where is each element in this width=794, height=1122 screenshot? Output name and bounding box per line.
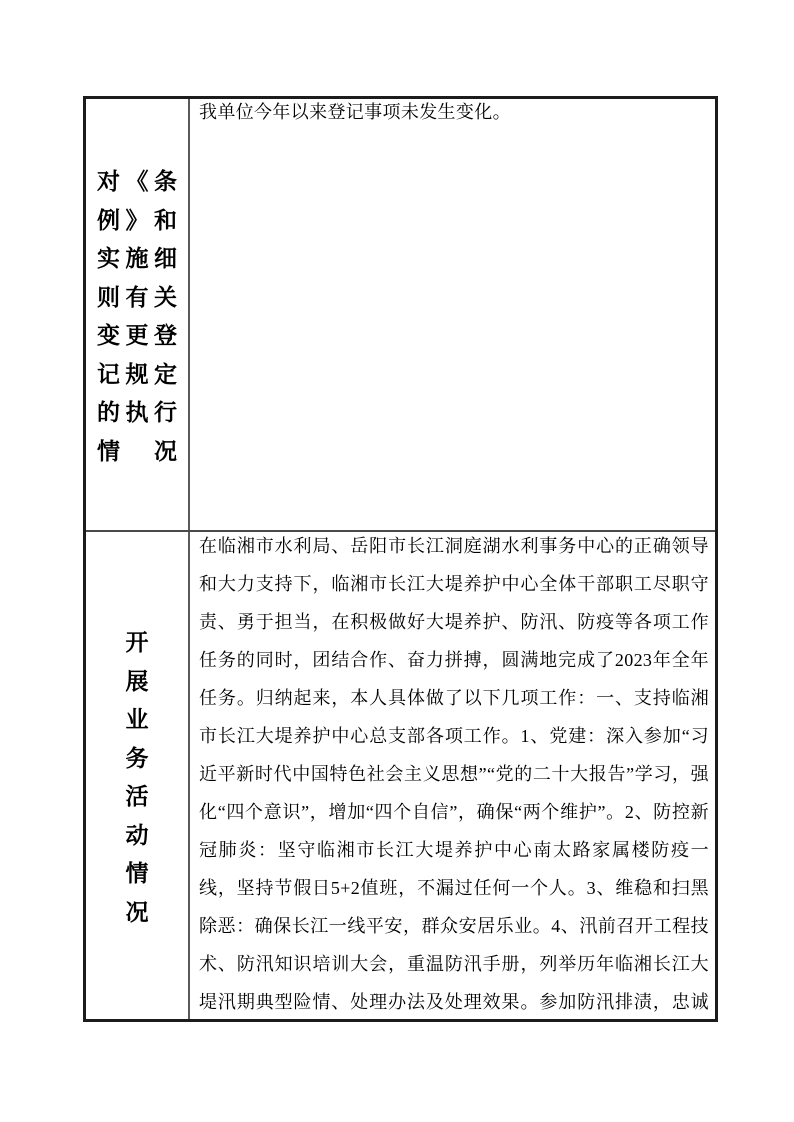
- label-line: 例》和: [97, 199, 177, 238]
- label-line: 对《条: [97, 161, 177, 200]
- label-line: 情: [97, 853, 177, 892]
- row-label-cell: 对《条例》和实施细则有关变更登记规定的执行情况: [86, 99, 190, 530]
- label-line: 变更登: [97, 315, 177, 354]
- regulation-execution-text: 我单位今年以来登记事项未发生变化。: [199, 100, 709, 125]
- row-label-business-activity: 开展业务活动情况: [97, 622, 177, 930]
- label-line: 动: [97, 814, 177, 853]
- table-row-regulation-execution: 对《条例》和实施细则有关变更登记规定的执行情况 我单位今年以来登记事项未发生变化…: [86, 99, 715, 532]
- document-page: 对《条例》和实施细则有关变更登记规定的执行情况 我单位今年以来登记事项未发生变化…: [0, 0, 794, 1122]
- table-row-business-activity: 开展业务活动情况 在临湘市水利局、岳阳市长江洞庭湖水利事务中心的正确领导和大力支…: [86, 532, 715, 1019]
- label-line: 记规定: [97, 353, 177, 392]
- label-line: 况: [97, 891, 177, 930]
- label-line: 开: [97, 622, 177, 661]
- label-line: 情况: [97, 430, 177, 469]
- row-content-cell: 在临湘市水利局、岳阳市长江洞庭湖水利事务中心的正确领导和大力支持下，临湘市长江大…: [190, 532, 715, 1019]
- row-label-regulation-execution: 对《条例》和实施细则有关变更登记规定的执行情况: [97, 161, 177, 469]
- label-line: 务: [97, 737, 177, 776]
- annual-report-form-table: 对《条例》和实施细则有关变更登记规定的执行情况 我单位今年以来登记事项未发生变化…: [83, 96, 718, 1022]
- label-line: 活: [97, 776, 177, 815]
- label-line: 实施细: [97, 238, 177, 277]
- label-line: 展: [97, 660, 177, 699]
- business-activity-text: 在临湘市水利局、岳阳市长江洞庭湖水利事务中心的正确领导和大力支持下，临湘市长江大…: [199, 532, 709, 1019]
- row-content-cell: 我单位今年以来登记事项未发生变化。: [190, 99, 715, 530]
- label-line: 的执行: [97, 392, 177, 431]
- label-line: 业: [97, 699, 177, 738]
- label-line: 则有关: [97, 276, 177, 315]
- row-label-cell: 开展业务活动情况: [86, 532, 190, 1019]
